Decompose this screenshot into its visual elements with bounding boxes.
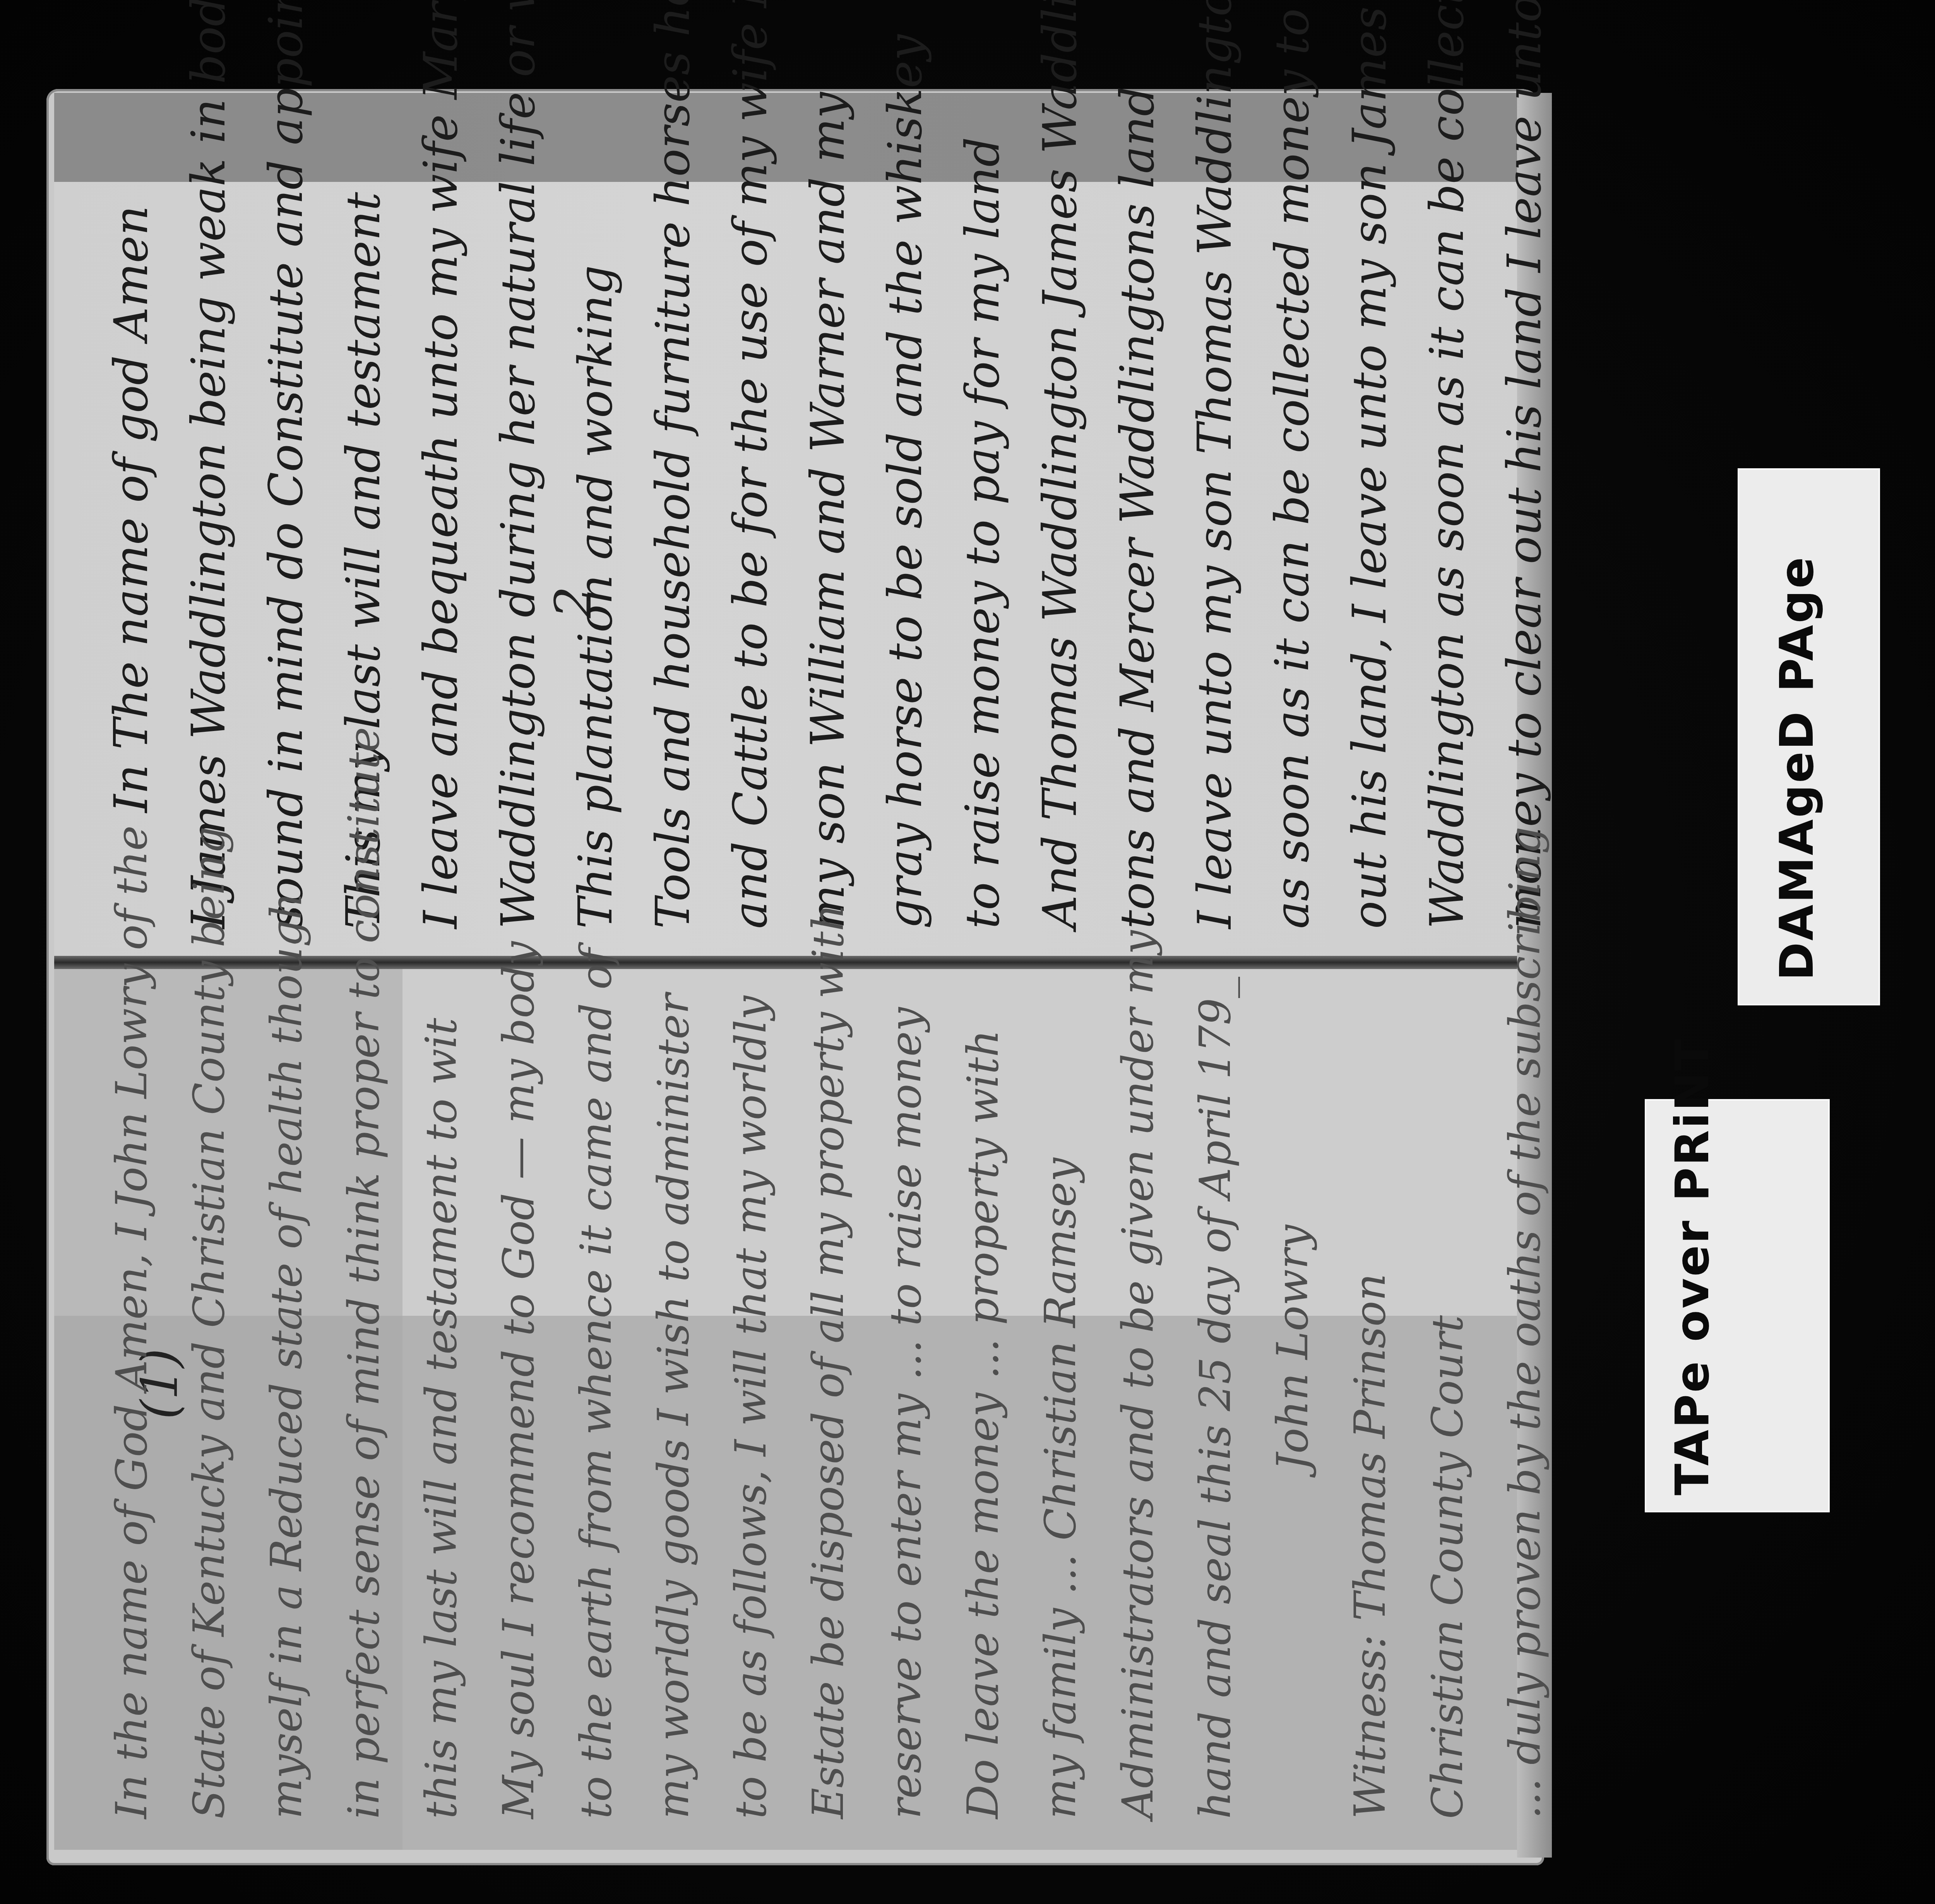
text-line: My soul I recommend to God — my body	[480, 967, 557, 1819]
text-line: as soon as it can be collected money to …	[1254, 77, 1331, 929]
text-line: This plantation and working	[557, 77, 635, 929]
text-line: Do leave the money ... property with	[944, 967, 1022, 1819]
text-line: sound in mind do Constitute and appoint	[248, 77, 325, 929]
text-line: State of Kentucky and Christian County b…	[170, 967, 248, 1819]
text-line: gray horse to be sold and the whiskey	[867, 77, 944, 929]
text-line: Christian County Court	[1409, 967, 1486, 1819]
damaged-page-label-text: DAMAgeD PAge	[1770, 555, 1824, 981]
text-line: money to clear out his land I leave unto	[1486, 77, 1563, 929]
text-line: and Cattle to be for the use of my wife …	[712, 77, 789, 929]
text-line: reserve to enter my ... to raise money	[867, 967, 944, 1819]
text-line: Tools and household furniture horses hog…	[635, 77, 712, 929]
text-line: to be as follows, I will that my worldly	[712, 967, 789, 1819]
text-line: I leave and bequeath unto my wife Margar…	[402, 77, 480, 929]
text-line: Estate be disposed of all my property wi…	[789, 967, 867, 1819]
tape-over-print-label-text: TAPe over PRiNT	[1666, 1038, 1719, 1495]
tape-over-print-label: TAPe over PRiNT	[1645, 1099, 1830, 1512]
text-line: John Lowry	[1254, 967, 1331, 1819]
text-line: out his land, I leave unto my son James	[1331, 77, 1409, 929]
text-line: my family ... Christian Ramsey	[1022, 967, 1099, 1819]
text-line: this my last will and testament to wit	[402, 967, 480, 1819]
text-line: Waddlington as soon as it can be collect…	[1409, 77, 1486, 929]
page-2-text: In The name of god Amen I James Waddling…	[93, 77, 1563, 929]
text-line: to the earth from whence it came and of	[557, 967, 635, 1819]
text-line: In The name of god Amen	[93, 77, 170, 929]
text-line: tons and Mercer Waddlingtons land	[1099, 77, 1176, 929]
text-line: myself in a Reduced state of health thou…	[248, 967, 325, 1819]
text-line: Waddlington during her natural life or w…	[480, 77, 557, 929]
damaged-page-label: DAMAgeD PAge	[1738, 468, 1880, 1005]
text-line: Witness: Thomas Prinson	[1331, 967, 1409, 1819]
text-line: Administrators and to be given under my	[1099, 967, 1176, 1819]
text-line: ... duly proven by the oaths of the subs…	[1486, 967, 1563, 1819]
page-1-text: In the name of God Amen, I John Lowry of…	[93, 967, 1563, 1819]
text-line: in perfect sense of mind think proper to…	[325, 967, 402, 1819]
text-line: I James Waddlington being weak in body b…	[170, 77, 248, 929]
text-line: my son William and Warner and my	[789, 77, 867, 929]
text-line: And Thomas Waddlington James Waddling	[1022, 77, 1099, 929]
text-line: hand and seal this 25 day of April 179_	[1176, 967, 1254, 1819]
text-line: my worldly goods I wish to administer	[635, 967, 712, 1819]
text-line: I leave unto my son Thomas Waddlington	[1176, 77, 1254, 929]
text-line: In the name of God Amen, I John Lowry of…	[93, 967, 170, 1819]
microfilm-scan: 2 (1) In The name of god Amen I James Wa…	[0, 0, 1935, 1904]
text-line: to raise money to pay for my land	[944, 77, 1022, 929]
